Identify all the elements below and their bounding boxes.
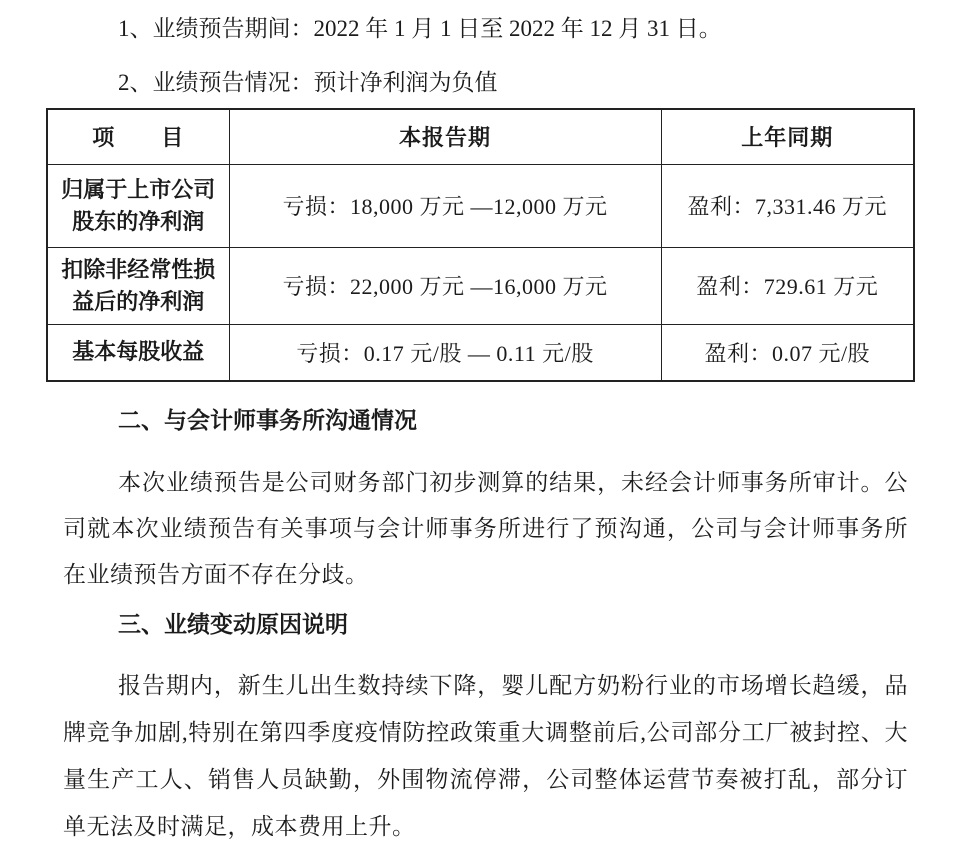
column-header-prior-period: 上年同期 <box>661 109 914 164</box>
row-item-label: 扣除非经常性损益后的净利润 <box>47 247 229 324</box>
section-heading-change-reasons: 三、业绩变动原因说明 <box>63 610 908 640</box>
table-row: 扣除非经常性损益后的净利润 亏损：22,000 万元 —16,000 万元 盈利… <box>47 247 914 324</box>
column-header-item: 项 目 <box>47 109 229 164</box>
row-prior-value: 盈利：729.61 万元 <box>661 247 914 324</box>
table-row: 基本每股收益 亏损：0.17 元/股 — 0.11 元/股 盈利：0.07 元/… <box>47 324 914 381</box>
forecast-period-line: 1、业绩预告期间：2022 年 1 月 1 日至 2022 年 12 月 31 … <box>63 0 908 44</box>
column-header-current-period: 本报告期 <box>229 109 661 164</box>
row-item-label: 基本每股收益 <box>47 324 229 381</box>
row-current-value: 亏损：0.17 元/股 — 0.11 元/股 <box>229 324 661 381</box>
row-current-value: 亏损：18,000 万元 —12,000 万元 <box>229 164 661 247</box>
earnings-forecast-table: 项 目 本报告期 上年同期 归属于上市公司股东的净利润 亏损：18,000 万元… <box>46 108 915 382</box>
row-current-value: 亏损：22,000 万元 —16,000 万元 <box>229 247 661 324</box>
table-row: 归属于上市公司股东的净利润 亏损：18,000 万元 —12,000 万元 盈利… <box>47 164 914 247</box>
row-item-label: 归属于上市公司股东的净利润 <box>47 164 229 247</box>
change-reasons-paragraph: 报告期内，新生儿出生数持续下降，婴儿配方奶粉行业的市场增长趋缓，品牌竞争加剧,特… <box>63 662 908 849</box>
auditor-communication-paragraph: 本次业绩预告是公司财务部门初步测算的结果，未经会计师事务所审计。公司就本次业绩预… <box>63 460 908 598</box>
table-header-row: 项 目 本报告期 上年同期 <box>47 109 914 164</box>
section-heading-auditor-communication: 二、与会计师事务所沟通情况 <box>63 406 908 436</box>
forecast-situation-line: 2、业绩预告情况：预计净利润为负值 <box>63 68 908 98</box>
row-prior-value: 盈利：7,331.46 万元 <box>661 164 914 247</box>
row-prior-value: 盈利：0.07 元/股 <box>661 324 914 381</box>
document-page: 1、业绩预告期间：2022 年 1 月 1 日至 2022 年 12 月 31 … <box>0 0 960 849</box>
